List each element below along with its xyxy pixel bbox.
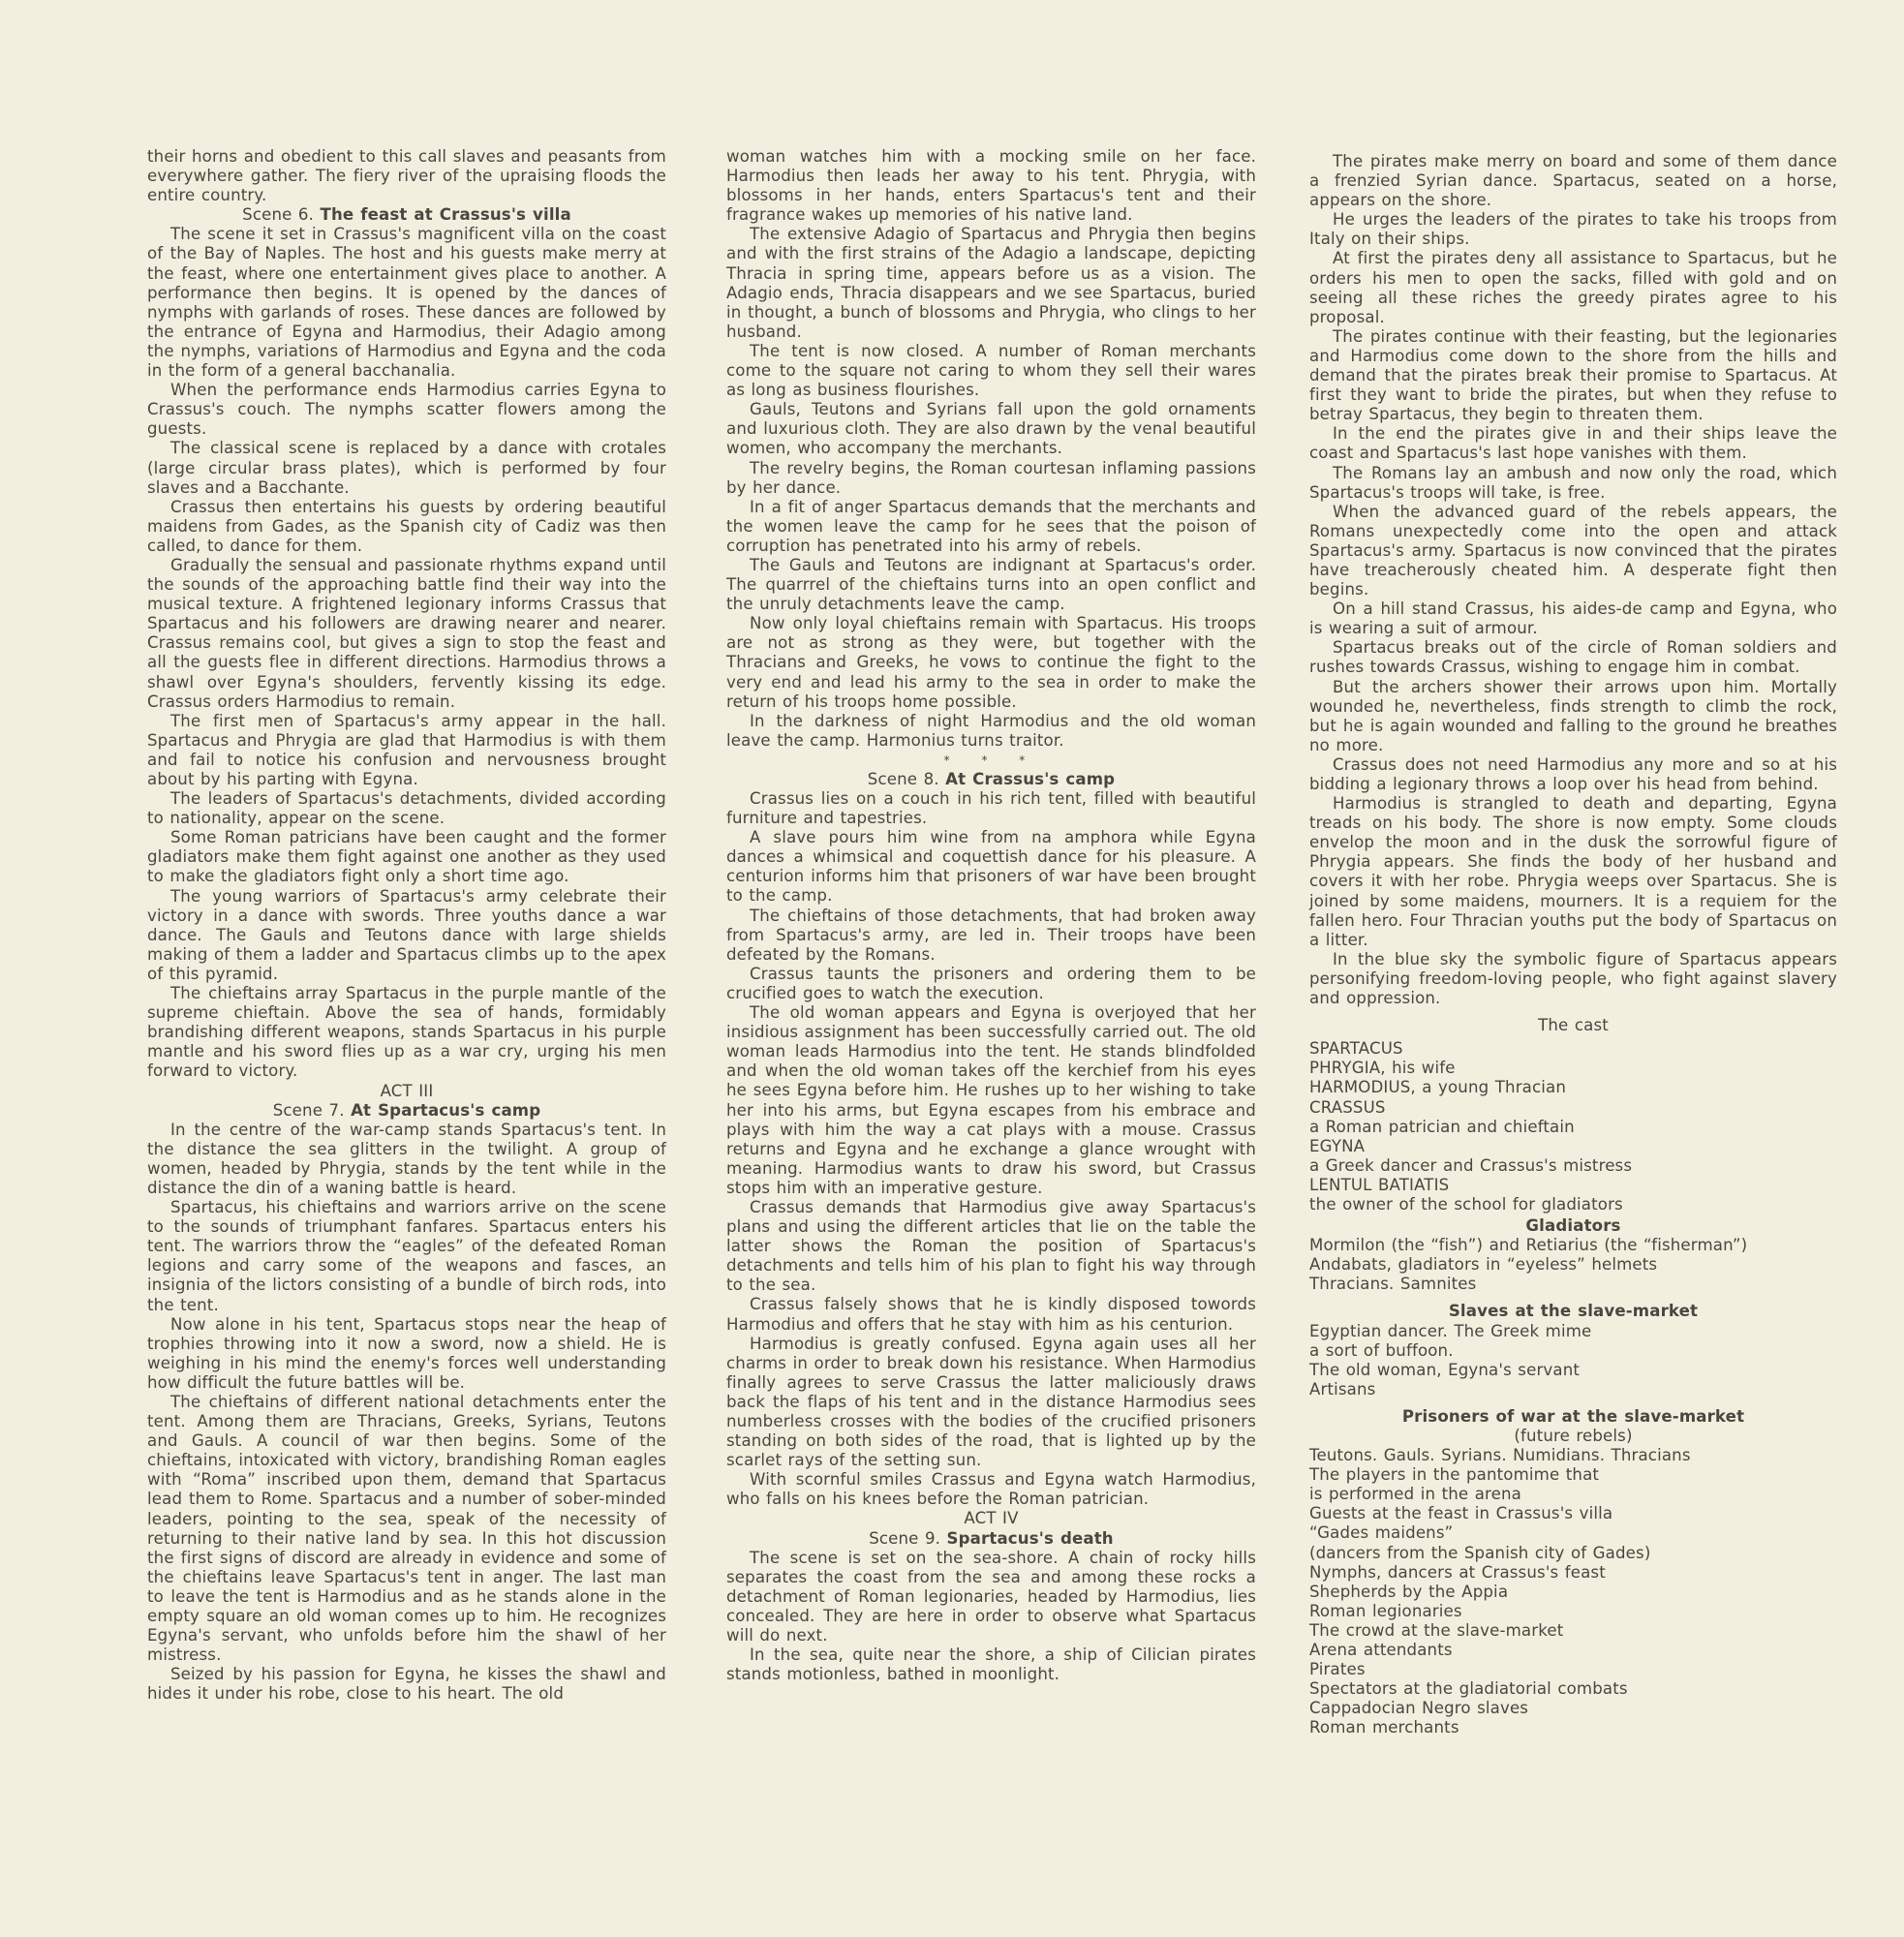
paragraph: woman watches him with a mocking smile o… — [726, 147, 1256, 225]
cast-principals: SPARTACUSPHRYGIA, his wifeHARMODIUS, a y… — [1309, 1039, 1837, 1214]
scene-title: Spartacus's death — [947, 1529, 1114, 1548]
paragraph: Seized by his passion for Egyna, he kiss… — [147, 1665, 666, 1704]
cast-group-slaves: Slaves at the slave-market — [1309, 1302, 1837, 1321]
paragraph: Crassus does not need Harmodius any more… — [1309, 755, 1837, 794]
cast-entry: Artisans — [1309, 1380, 1837, 1399]
paragraph: The first men of Spartacus's army appear… — [147, 712, 666, 789]
paragraph: At first the pirates deny all assistance… — [1309, 249, 1837, 326]
cast-entry: Pirates — [1309, 1660, 1837, 1679]
cast-entry: a Greek dancer and Crassus's mistress — [1309, 1156, 1837, 1176]
paragraph: The scene is set on the sea-shore. A cha… — [726, 1549, 1256, 1645]
scene-title: At Spartacus's camp — [351, 1101, 540, 1120]
cast-entry: LENTUL BATIATIS — [1309, 1176, 1837, 1195]
cast-entry: Cappadocian Negro slaves — [1309, 1699, 1837, 1718]
cast-title: The cast — [1309, 1016, 1837, 1035]
paragraph: With scornful smiles Crassus and Egyna w… — [726, 1470, 1256, 1509]
cast-entry: Andabats, gladiators in “eyeless” helmet… — [1309, 1255, 1837, 1275]
paragraph: Some Roman patricians have been caught a… — [147, 828, 666, 886]
scene-9-continued-body: The pirates make merry on board and some… — [1309, 152, 1837, 1008]
paragraph: A slave pours him wine from na amphora w… — [726, 828, 1256, 906]
paragraph: Gauls, Teutons and Syrians fall upon the… — [726, 400, 1256, 458]
cast-entry: The old woman, Egyna's servant — [1309, 1361, 1837, 1380]
paragraph: Crassus demands that Harmodius give away… — [726, 1198, 1256, 1295]
cast-entry: Mormilon (the “fish”) and Retiarius (the… — [1309, 1236, 1837, 1255]
cast-entry: Roman legionaries — [1309, 1602, 1837, 1621]
column-1: their horns and obedient to this call sl… — [147, 147, 666, 1705]
paragraph: Gradually the sensual and passionate rhy… — [147, 556, 666, 712]
paragraph: Crassus lies on a couch in his rich tent… — [726, 789, 1256, 828]
paragraph: He urges the leaders of the pirates to t… — [1309, 210, 1837, 249]
paragraph: On a hill stand Crassus, his aides-de ca… — [1309, 600, 1837, 638]
cast-slaves-list: Egyptian dancer. The Greek mimea sort of… — [1309, 1322, 1837, 1399]
paragraph: But the archers shower their arrows upon… — [1309, 678, 1837, 755]
scene-label: Scene 6. — [242, 205, 314, 224]
cast-entry: a Roman patrician and chieftain — [1309, 1118, 1837, 1137]
cast-entry: (dancers from the Spanish city of Gades) — [1309, 1544, 1837, 1563]
paragraph: Crassus then entertains his guests by or… — [147, 498, 666, 556]
cast-entry: is performed in the arena — [1309, 1485, 1837, 1504]
cast-gladiators-list: Mormilon (the “fish”) and Retiarius (the… — [1309, 1236, 1837, 1294]
scene-9-heading: Scene 9. Spartacus's death — [726, 1529, 1256, 1549]
paragraph: The Romans lay an ambush and now only th… — [1309, 464, 1837, 503]
column-3: The pirates make merry on board and some… — [1309, 152, 1837, 1738]
cast-entry: the owner of the school for gladiators — [1309, 1195, 1837, 1214]
cast-entry: HARMODIUS, a young Thracian — [1309, 1078, 1837, 1097]
cast-entry: a sort of buffoon. — [1309, 1341, 1837, 1361]
cast-entry: The players in the pantomime that — [1309, 1465, 1837, 1485]
cast-entry: Arena attendants — [1309, 1641, 1837, 1660]
section-separator: * * * — [726, 751, 1256, 770]
paragraph: The old woman appears and Egyna is overj… — [726, 1003, 1256, 1198]
paragraph: Spartacus breaks out of the circle of Ro… — [1309, 638, 1837, 677]
paragraph: Crassus taunts the prisoners and orderin… — [726, 965, 1256, 1003]
paragraph: The tent is now closed. A number of Roma… — [726, 342, 1256, 400]
cast-entry: “Gades maidens” — [1309, 1523, 1837, 1543]
paragraph: their horns and obedient to this call sl… — [147, 147, 666, 205]
paragraph: The classical scene is replaced by a dan… — [147, 439, 666, 497]
paragraph: When the performance ends Harmodius carr… — [147, 381, 666, 439]
paragraph: When the advanced guard of the rebels ap… — [1309, 503, 1837, 600]
act-3-heading: ACT III — [147, 1082, 666, 1101]
paragraph: The revelry begins, the Roman courtesan … — [726, 459, 1256, 498]
paragraph: Crassus falsely shows that he is kindly … — [726, 1295, 1256, 1334]
scene-label: Scene 8. — [868, 770, 939, 788]
scene-title: At Crassus's camp — [945, 770, 1115, 788]
paragraph: The chieftains array Spartacus in the pu… — [147, 984, 666, 1081]
cast-entry: Nymphs, dancers at Crassus's feast — [1309, 1563, 1837, 1583]
cast-entry: Roman merchants — [1309, 1718, 1837, 1737]
scene-7-body: In the centre of the war-camp stands Spa… — [147, 1121, 666, 1705]
paragraph: Now alone in his tent, Spartacus stops n… — [147, 1315, 666, 1393]
cast-entry: Thracians. Samnites — [1309, 1275, 1837, 1294]
cast-entry: SPARTACUS — [1309, 1039, 1837, 1059]
cast-entry: CRASSUS — [1309, 1098, 1837, 1118]
scene-7-heading: Scene 7. At Spartacus's camp — [147, 1101, 666, 1121]
paragraph: The leaders of Spartacus's detachments, … — [147, 789, 666, 828]
cast-entry: Guests at the feast in Crassus's villa — [1309, 1504, 1837, 1523]
paragraph: In the blue sky the symbolic figure of S… — [1309, 950, 1837, 1008]
cast-entry: Egyptian dancer. The Greek mime — [1309, 1322, 1837, 1341]
scene-label: Scene 9. — [869, 1529, 940, 1548]
scene-6-body: The scene it set in Crassus's magnificen… — [147, 225, 666, 1081]
scene-7-continued-body: The extensive Adagio of Spartacus and Ph… — [726, 225, 1256, 751]
cast-entry: Teutons. Gauls. Syrians. Numidians. Thra… — [1309, 1446, 1837, 1465]
column-2: woman watches him with a mocking smile o… — [726, 147, 1256, 1684]
scene-8-body: Crassus lies on a couch in his rich tent… — [726, 789, 1256, 1509]
scene-label: Scene 7. — [273, 1101, 345, 1120]
paragraph: Now only loyal chieftains remain with Sp… — [726, 614, 1256, 711]
cast-group-gladiators: Gladiators — [1309, 1216, 1837, 1236]
paragraph: The chieftains of those detachments, tha… — [726, 907, 1256, 965]
cast-entry: PHRYGIA, his wife — [1309, 1059, 1837, 1078]
paragraph: In the sea, quite near the shore, a ship… — [726, 1645, 1256, 1684]
cast-group-prisoners-subheading: (future rebels) — [1309, 1427, 1837, 1446]
scene-9-body: The scene is set on the sea-shore. A cha… — [726, 1549, 1256, 1685]
paragraph: The Gauls and Teutons are indignant at S… — [726, 556, 1256, 614]
scene-8-heading: Scene 8. At Crassus's camp — [726, 770, 1256, 789]
paragraph: The pirates continue with their feasting… — [1309, 327, 1837, 424]
paragraph: The extensive Adagio of Spartacus and Ph… — [726, 225, 1256, 342]
scene-6-heading: Scene 6. The feast at Crassus's villa — [147, 205, 666, 225]
paragraph: The chieftains of different national det… — [147, 1393, 666, 1665]
cast-prisoners-list: Teutons. Gauls. Syrians. Numidians. Thra… — [1309, 1446, 1837, 1737]
cast-group-prisoners: Prisoners of war at the slave-market — [1309, 1407, 1837, 1427]
paragraph: In the darkness of night Harmodius and t… — [726, 712, 1256, 751]
paragraph: Harmodius is strangled to death and depa… — [1309, 794, 1837, 950]
cast-entry: Shepherds by the Appia — [1309, 1583, 1837, 1602]
paragraph: The scene it set in Crassus's magnificen… — [147, 225, 666, 381]
cast-entry: The crowd at the slave-market — [1309, 1621, 1837, 1641]
cast-entry: EGYNA — [1309, 1137, 1837, 1156]
scene-title: The feast at Crassus's villa — [321, 205, 571, 224]
paragraph: Harmodius is greatly confused. Egyna aga… — [726, 1335, 1256, 1471]
paragraph: The pirates make merry on board and some… — [1309, 152, 1837, 210]
paragraph: The young warriors of Spartacus's army c… — [147, 887, 666, 984]
act-4-heading: ACT IV — [726, 1509, 1256, 1528]
paragraph: In a fit of anger Spartacus demands that… — [726, 498, 1256, 556]
paragraph: Spartacus, his chieftains and warriors a… — [147, 1198, 666, 1315]
paragraph: In the centre of the war-camp stands Spa… — [147, 1121, 666, 1198]
cast-entry: Spectators at the gladiatorial combats — [1309, 1679, 1837, 1699]
paragraph: In the end the pirates give in and their… — [1309, 424, 1837, 463]
